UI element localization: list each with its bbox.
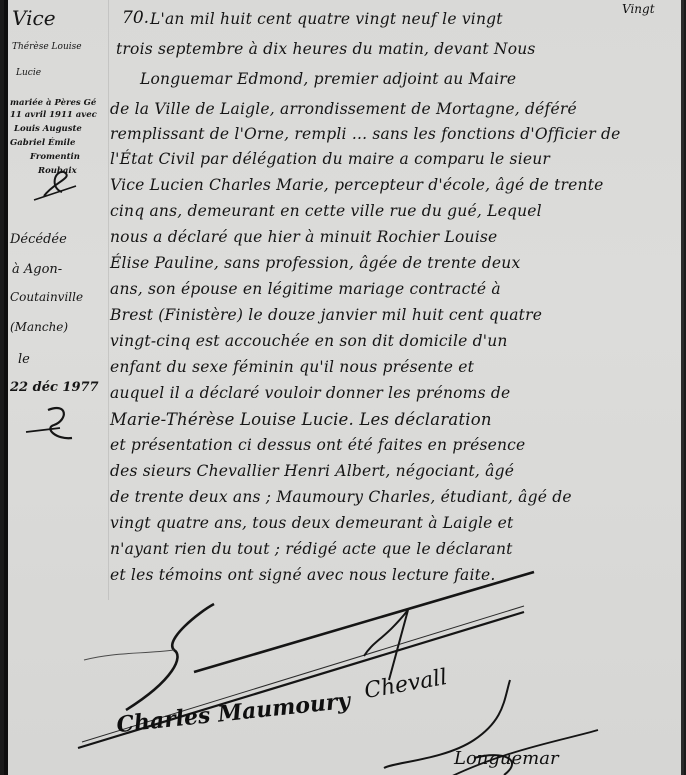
signature-flourishes xyxy=(4,0,684,775)
record-page: 70. Vingt Vice Thérèse Louise Lucie mari… xyxy=(4,0,684,775)
signature-longuemar: Longuemar xyxy=(454,748,559,769)
